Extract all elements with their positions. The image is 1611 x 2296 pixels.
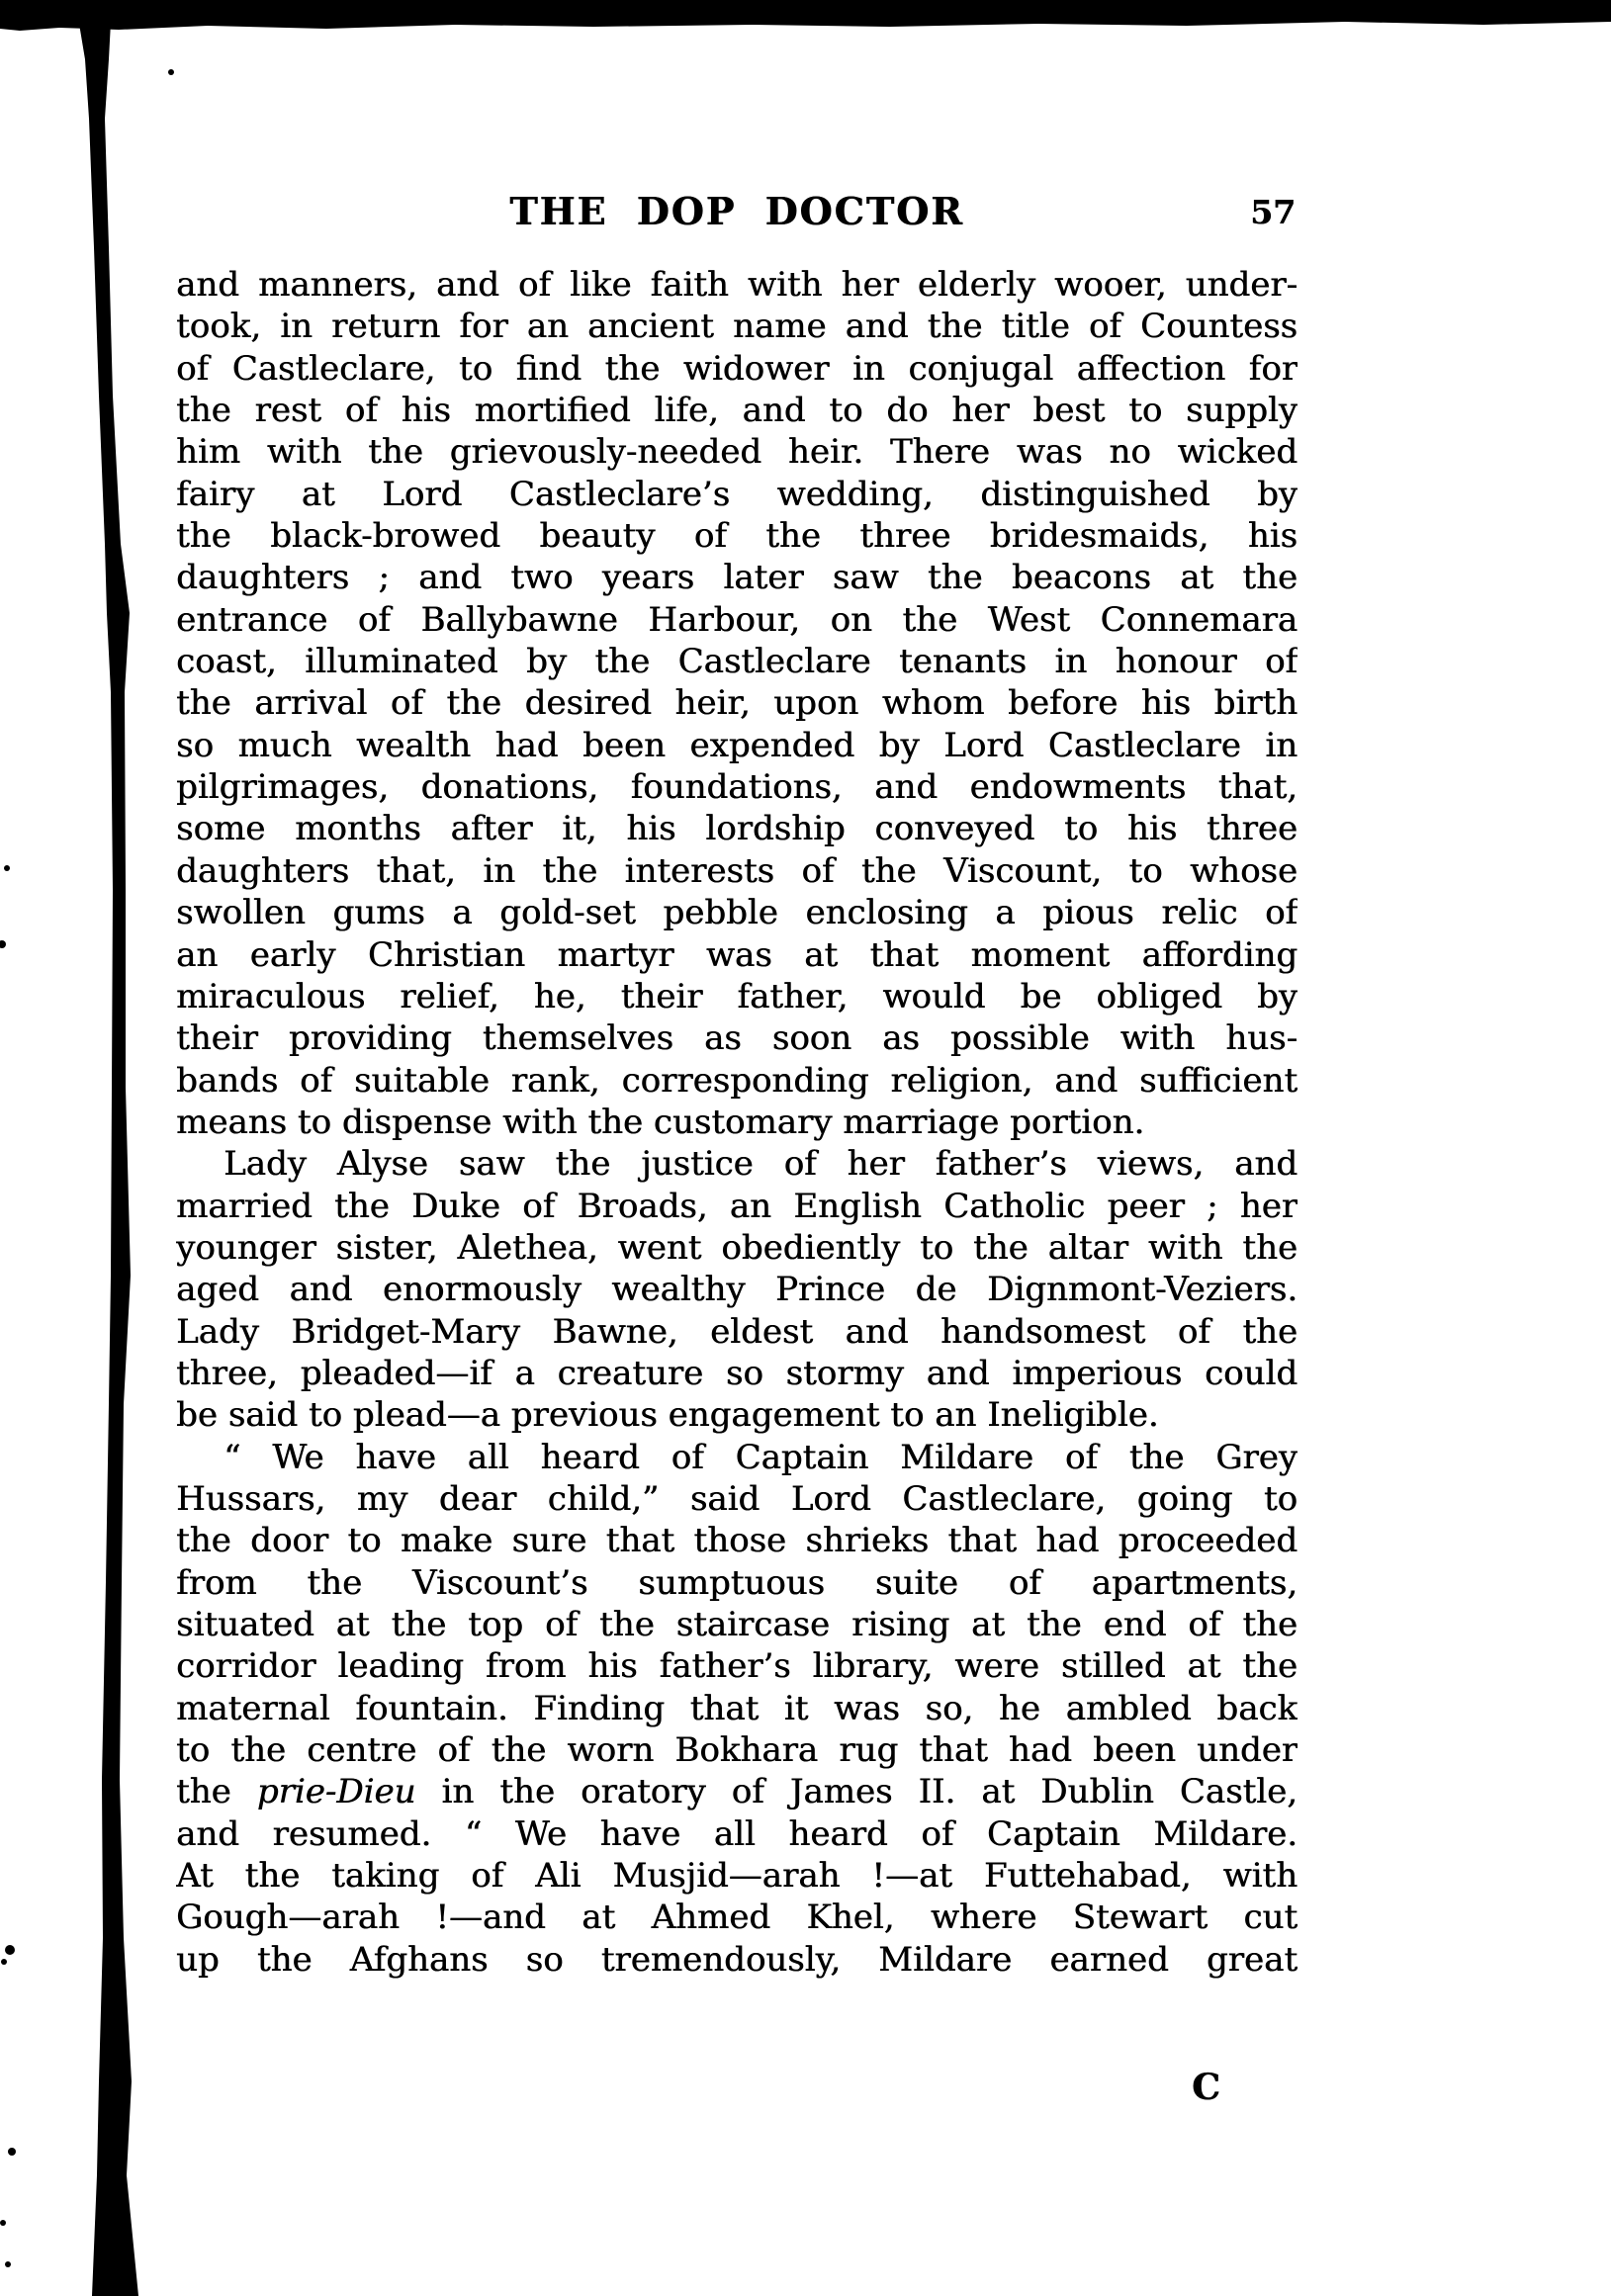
scan-specks bbox=[0, 69, 174, 2267]
text-line: Hussars, my dear child,” said Lord Castl… bbox=[176, 1478, 1298, 1520]
text-line: maternal fountain. Finding that it was s… bbox=[176, 1688, 1298, 1729]
text-line: fairy at Lord Castleclare’s wedding, dis… bbox=[176, 474, 1298, 515]
text-line: married the Duke of Broads, an English C… bbox=[176, 1186, 1298, 1227]
signature-mark: C bbox=[1192, 2067, 1220, 2108]
text-line: the prie-Dieu in the oratory of James II… bbox=[176, 1771, 1298, 1812]
text-line: and resumed. “ We have all heard of Capt… bbox=[176, 1813, 1298, 1855]
text-line: aged and enormously wealthy Prince de Di… bbox=[176, 1269, 1298, 1310]
text-line: situated at the top of the staircase ris… bbox=[176, 1604, 1298, 1645]
running-header: THE DOP DOCTOR 57 bbox=[176, 190, 1298, 237]
text-line: daughters ; and two years later saw the … bbox=[176, 557, 1298, 598]
text-line: three, pleaded—if a creature so stormy a… bbox=[176, 1353, 1298, 1394]
text-line: up the Afghans so tremendously, Mildare … bbox=[176, 1939, 1298, 1981]
text-line: pilgrimages, donations, foundations, and… bbox=[176, 766, 1298, 808]
body-text: and manners, and of like faith with her … bbox=[176, 264, 1298, 1981]
text-line: coast, illuminated by the Castleclare te… bbox=[176, 641, 1298, 682]
text-line: their providing themselves as soon as po… bbox=[176, 1017, 1298, 1059]
text-line: took, in return for an ancient name and … bbox=[176, 306, 1298, 347]
text-line: daughters that, in the interests of the … bbox=[176, 850, 1298, 892]
text-line: entrance of Ballybawne Harbour, on the W… bbox=[176, 599, 1298, 641]
text-line: Gough—arah !—and at Ahmed Khel, where St… bbox=[176, 1897, 1298, 1938]
text-line: “ We have all heard of Captain Mildare o… bbox=[176, 1437, 1298, 1478]
text-line: bands of suitable rank, corresponding re… bbox=[176, 1060, 1298, 1102]
text-line: to the centre of the worn Bokhara rug th… bbox=[176, 1729, 1298, 1771]
text-line: the rest of his mortified life, and to d… bbox=[176, 390, 1298, 431]
text-line: Lady Alyse saw the justice of her father… bbox=[176, 1143, 1298, 1185]
text-line: the black-browed beauty of the three bri… bbox=[176, 515, 1298, 557]
text-line: of Castleclare, to find the widower in c… bbox=[176, 348, 1298, 390]
page-title: THE DOP DOCTOR bbox=[176, 190, 1298, 233]
text-line: miraculous relief, he, their father, wou… bbox=[176, 976, 1298, 1017]
text-line: from the Viscount’s sumptuous suite of a… bbox=[176, 1562, 1298, 1604]
page-number: 57 bbox=[1250, 191, 1296, 234]
text-line: Lady Bridget-Mary Bawne, eldest and hand… bbox=[176, 1311, 1298, 1353]
text-line: an early Christian martyr was at that mo… bbox=[176, 934, 1298, 976]
gutter-shadow bbox=[79, 22, 138, 2296]
text-line: the arrival of the desired heir, upon wh… bbox=[176, 682, 1298, 724]
text-line: him with the grievously-needed heir. The… bbox=[176, 431, 1298, 473]
top-scan-bar bbox=[0, 0, 1611, 31]
text-line: and manners, and of like faith with her … bbox=[176, 264, 1298, 306]
text-line: corridor leading from his father’s libra… bbox=[176, 1645, 1298, 1687]
text-line: the door to make sure that those shrieks… bbox=[176, 1520, 1298, 1561]
text-line: so much wealth had been expended by Lord… bbox=[176, 725, 1298, 766]
text-line: means to dispense with the customary mar… bbox=[176, 1102, 1298, 1143]
text-line: swollen gums a gold-set pebble enclosing… bbox=[176, 892, 1298, 933]
text-line: some months after it, his lordship conve… bbox=[176, 808, 1298, 849]
text-line: At the taking of Ali Musjid—arah !—at Fu… bbox=[176, 1855, 1298, 1897]
text-line: be said to plead—a previous engagement t… bbox=[176, 1394, 1298, 1436]
scanned-book-page: THE DOP DOCTOR 57 and manners, and of li… bbox=[0, 0, 1611, 2296]
text-line: younger sister, Alethea, went obediently… bbox=[176, 1227, 1298, 1269]
